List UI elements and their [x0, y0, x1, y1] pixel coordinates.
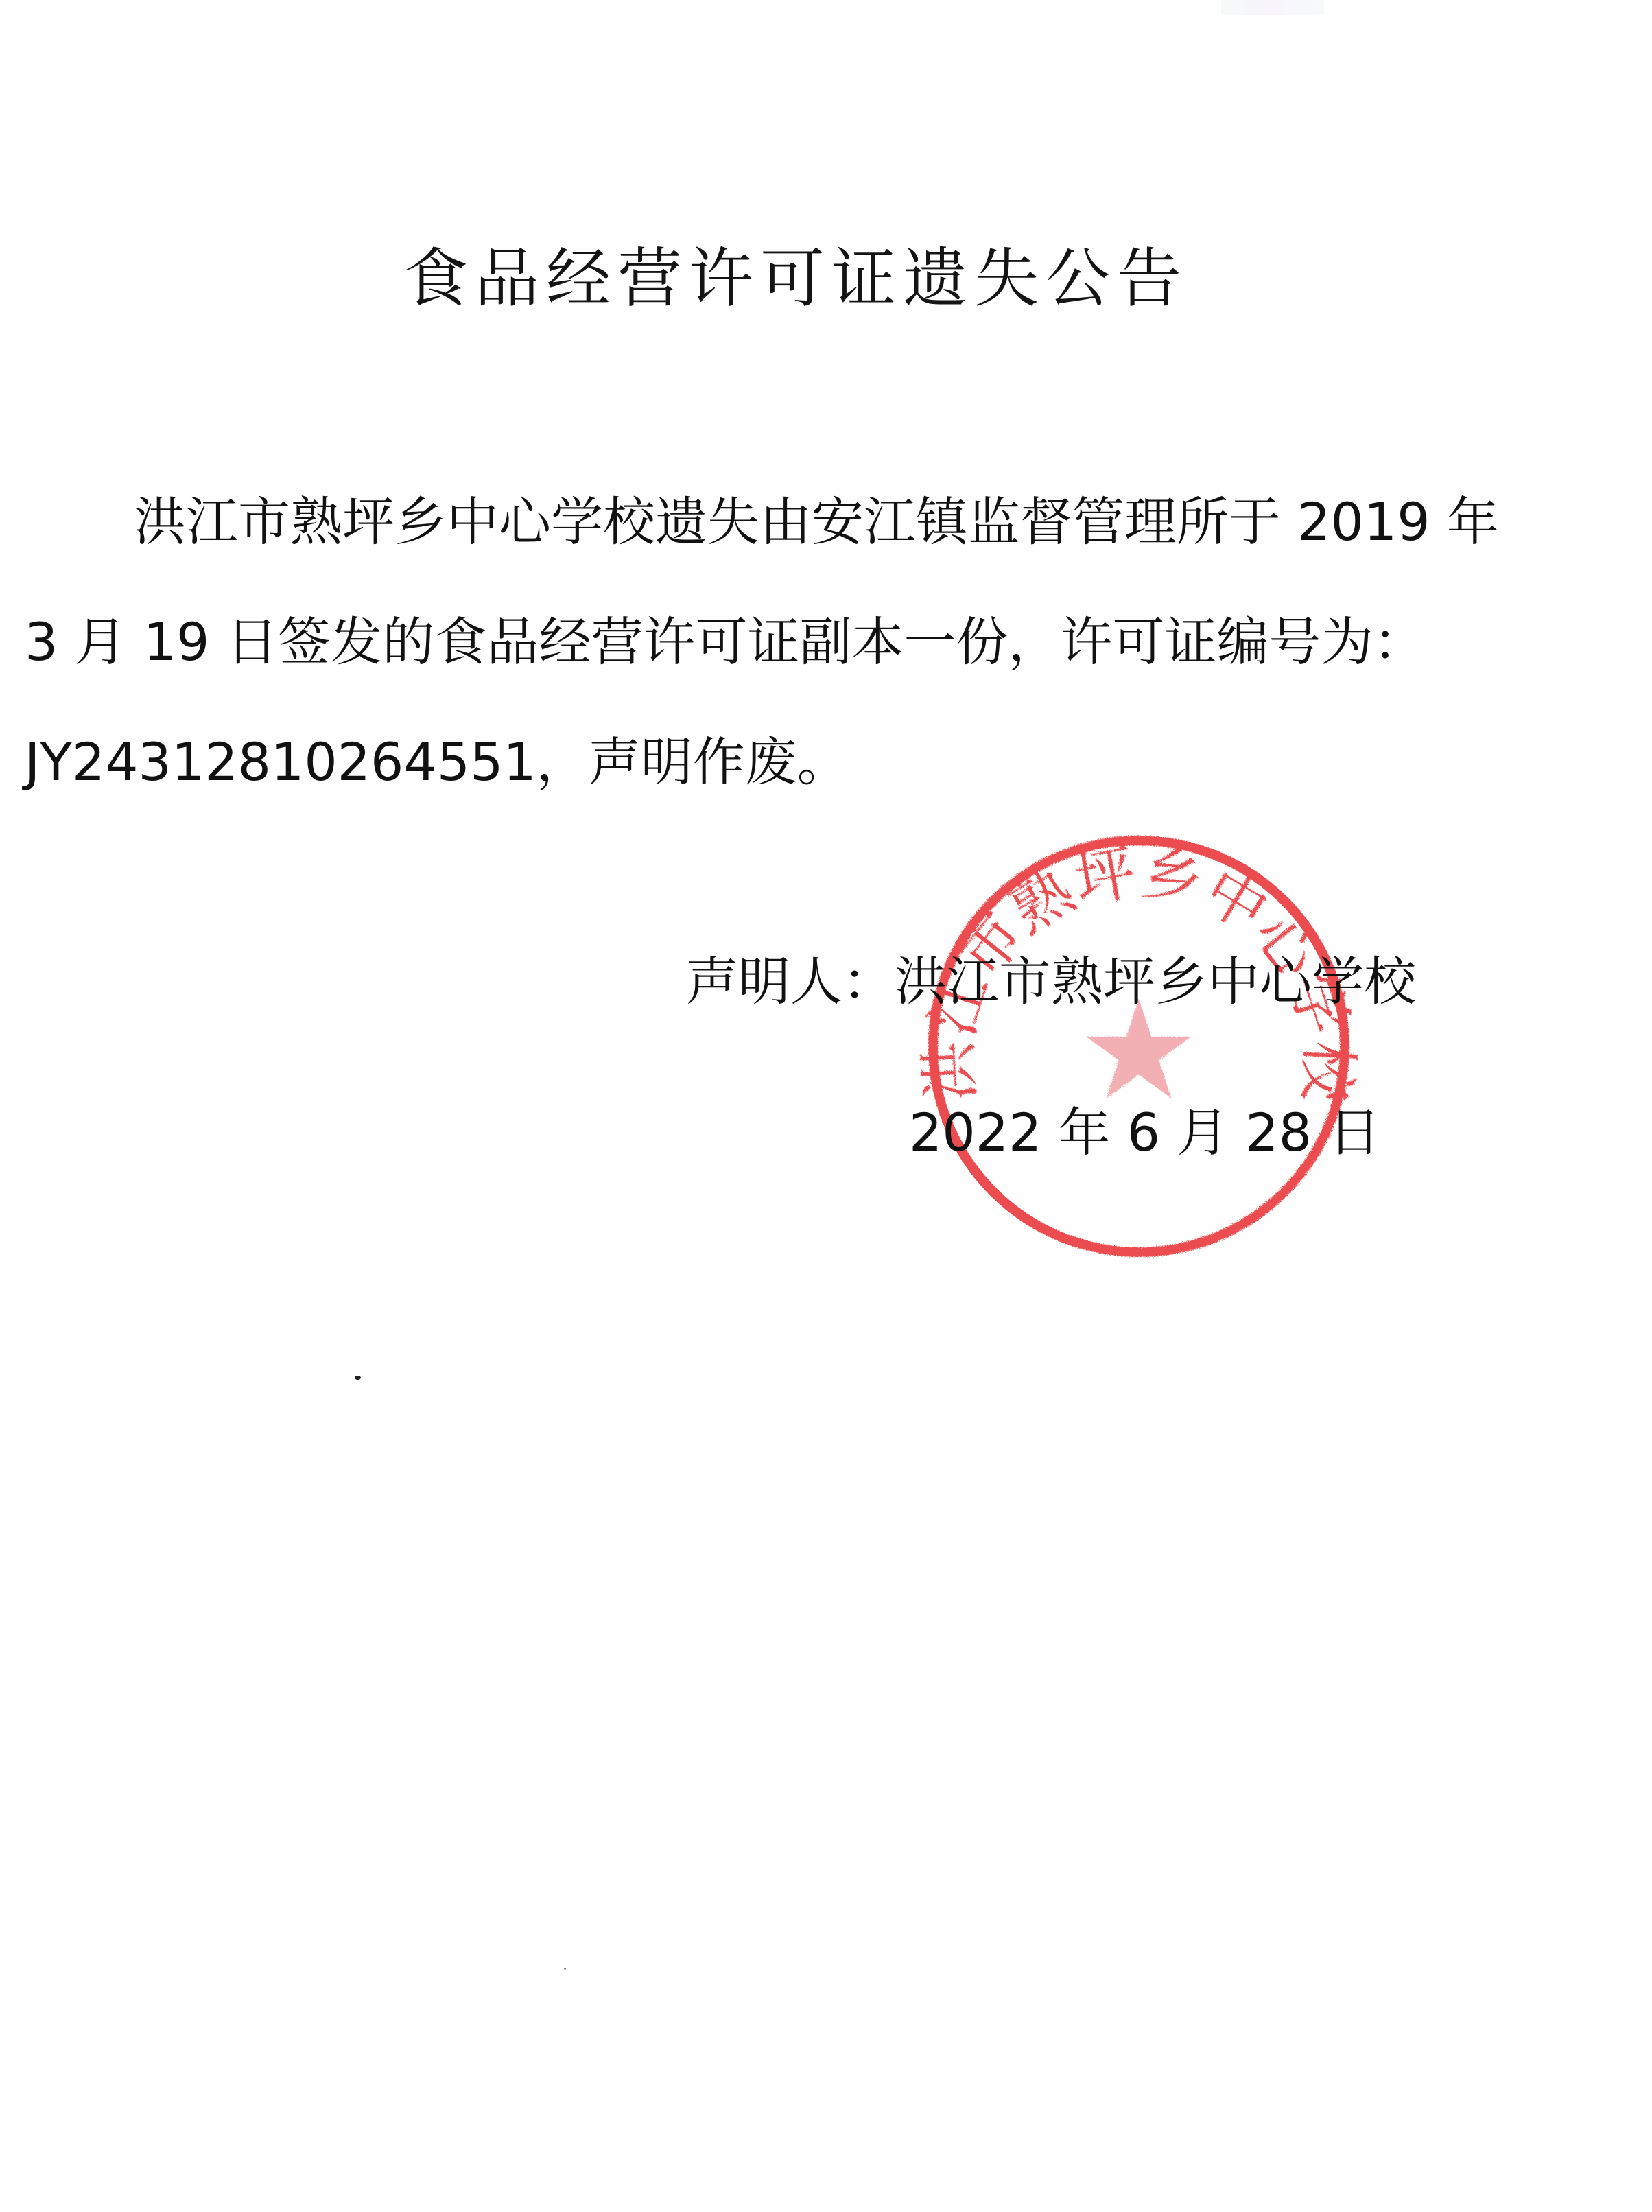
scan-artifact — [1221, 0, 1324, 15]
declarant-name: 洪江市熟坪乡中心学校 — [895, 951, 1416, 1012]
declarant-line: 声明人：洪江市熟坪乡中心学校 — [686, 940, 1416, 1015]
body-paragraph-line-1: 洪江市熟坪乡中心学校遗失由安江镇监督管理所于 2019 年 — [134, 480, 1499, 555]
document-page: 食品经营许可证遗失公告 洪江市熟坪乡中心学校遗失由安江镇监督管理所于 2019 … — [0, 0, 1652, 2212]
official-seal-stamp: 洪江市熟坪乡中心学校 ★ — [919, 827, 1358, 1266]
declarant-label: 声明人： — [686, 951, 895, 1012]
declaration-date: 2022 年 6 月 28 日 — [909, 1091, 1380, 1166]
scan-speck — [564, 1968, 566, 1970]
body-paragraph-line-2: 3 月 19 日签发的食品经营许可证副本一份，许可证编号为： — [25, 600, 1426, 675]
document-title: 食品经营许可证遗失公告 — [384, 226, 1207, 319]
body-paragraph-line-3: JY24312810264551，声明作废。 — [25, 720, 849, 795]
scan-speck — [355, 1376, 361, 1380]
